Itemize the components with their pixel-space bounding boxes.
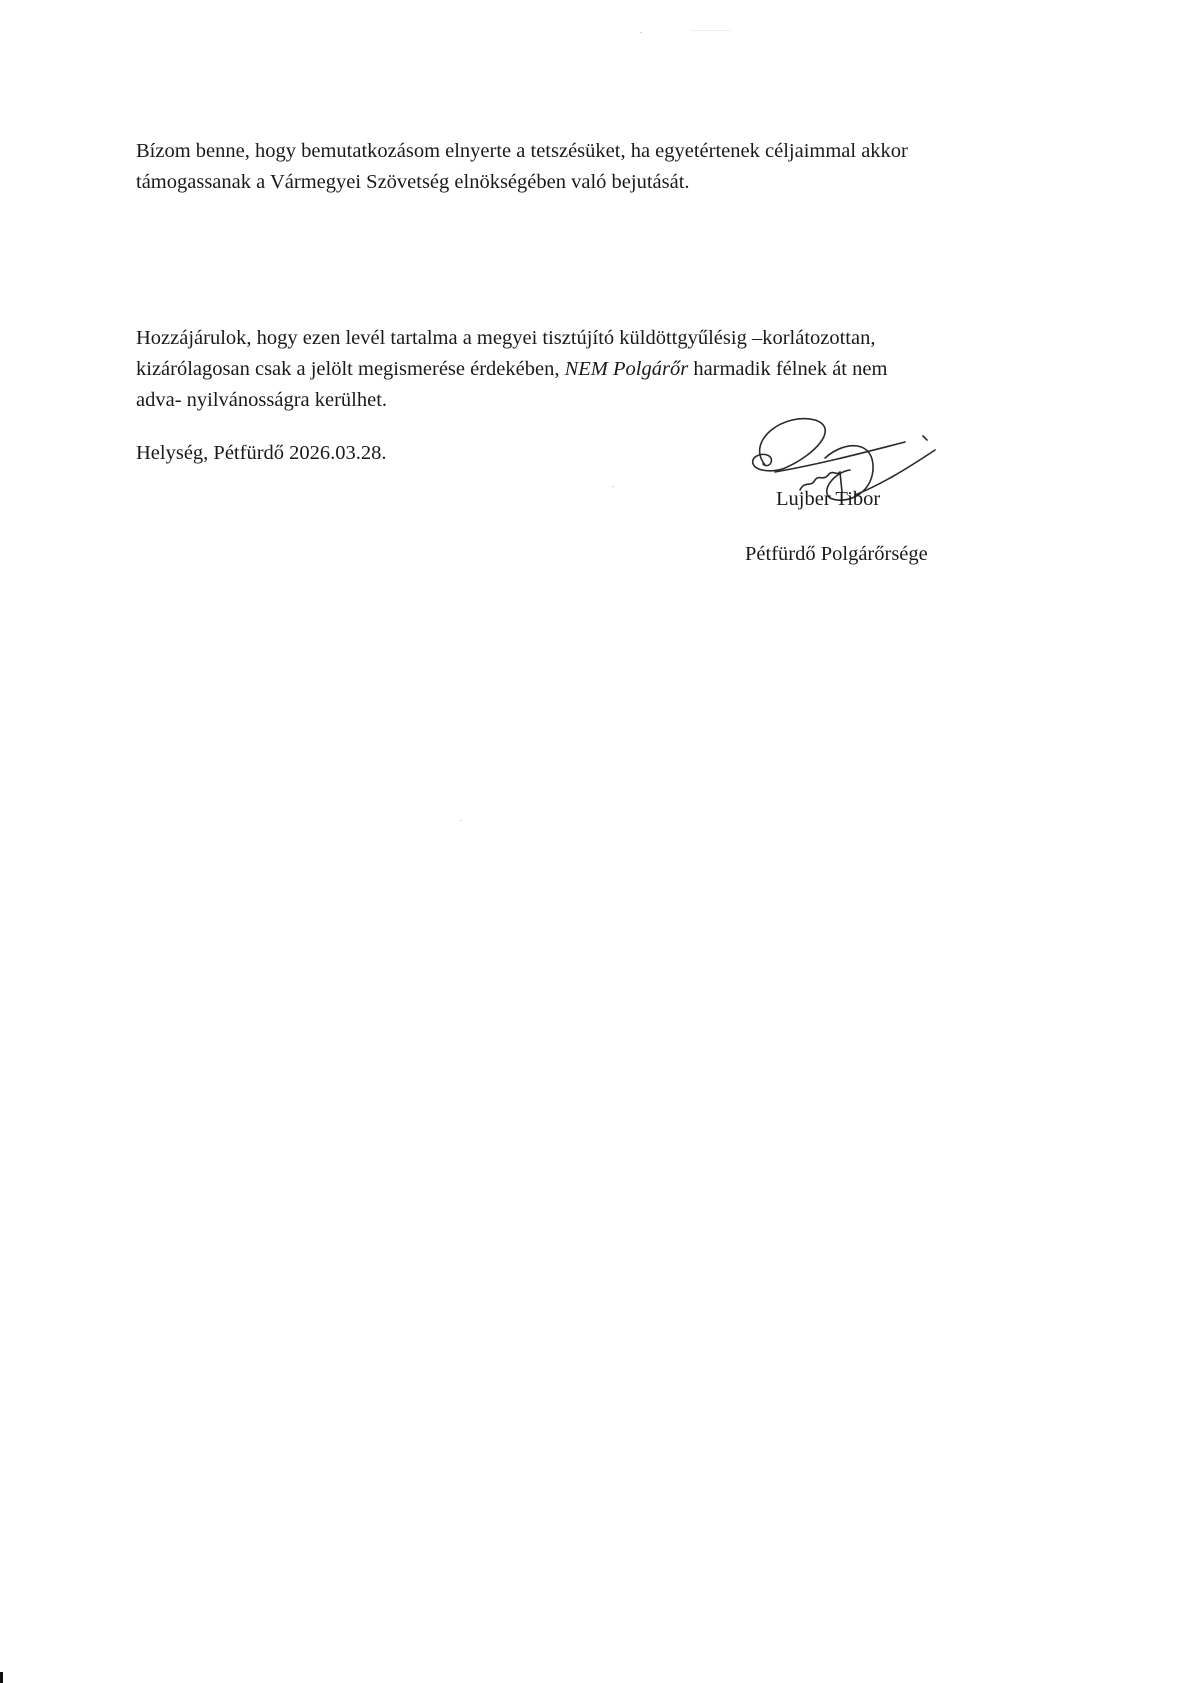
signature-block: Lujber Tibor Pétfürdő Polgárőrsége xyxy=(745,410,1005,580)
line-text: harmadik félnek át nem xyxy=(688,358,887,380)
closing-paragraph: Bízom benne, hogy bemutatkozásom elnyert… xyxy=(136,136,908,198)
scan-speck xyxy=(612,486,614,487)
document-page: Bízom benne, hogy bemutatkozásom elnyert… xyxy=(0,0,1186,1683)
line-text: kizárólagosan csak a jelölt megismerése … xyxy=(136,358,565,380)
scan-speck xyxy=(640,32,642,33)
paragraph-line: Bízom benne, hogy bemutatkozásom elnyert… xyxy=(136,136,908,167)
consent-paragraph: Hozzájárulok, hogy ezen levél tartalma a… xyxy=(136,323,887,416)
signer-organization: Pétfürdő Polgárőrsége xyxy=(745,543,928,566)
scan-speck xyxy=(460,820,462,821)
paragraph-line: kizárólagosan csak a jelölt megismerése … xyxy=(136,354,887,385)
paragraph-line: támogassanak a Vármegyei Szövetség elnök… xyxy=(136,167,908,198)
signer-name: Lujber Tibor xyxy=(776,488,880,511)
scan-speck xyxy=(690,30,730,31)
emphasis-text: NEM Polgárőr xyxy=(565,358,689,380)
place-and-date: Helység, Pétfürdő 2026.03.28. xyxy=(136,438,387,469)
paragraph-line: Hozzájárulok, hogy ezen levél tartalma a… xyxy=(136,323,887,354)
scan-edge-mark xyxy=(0,1672,3,1683)
